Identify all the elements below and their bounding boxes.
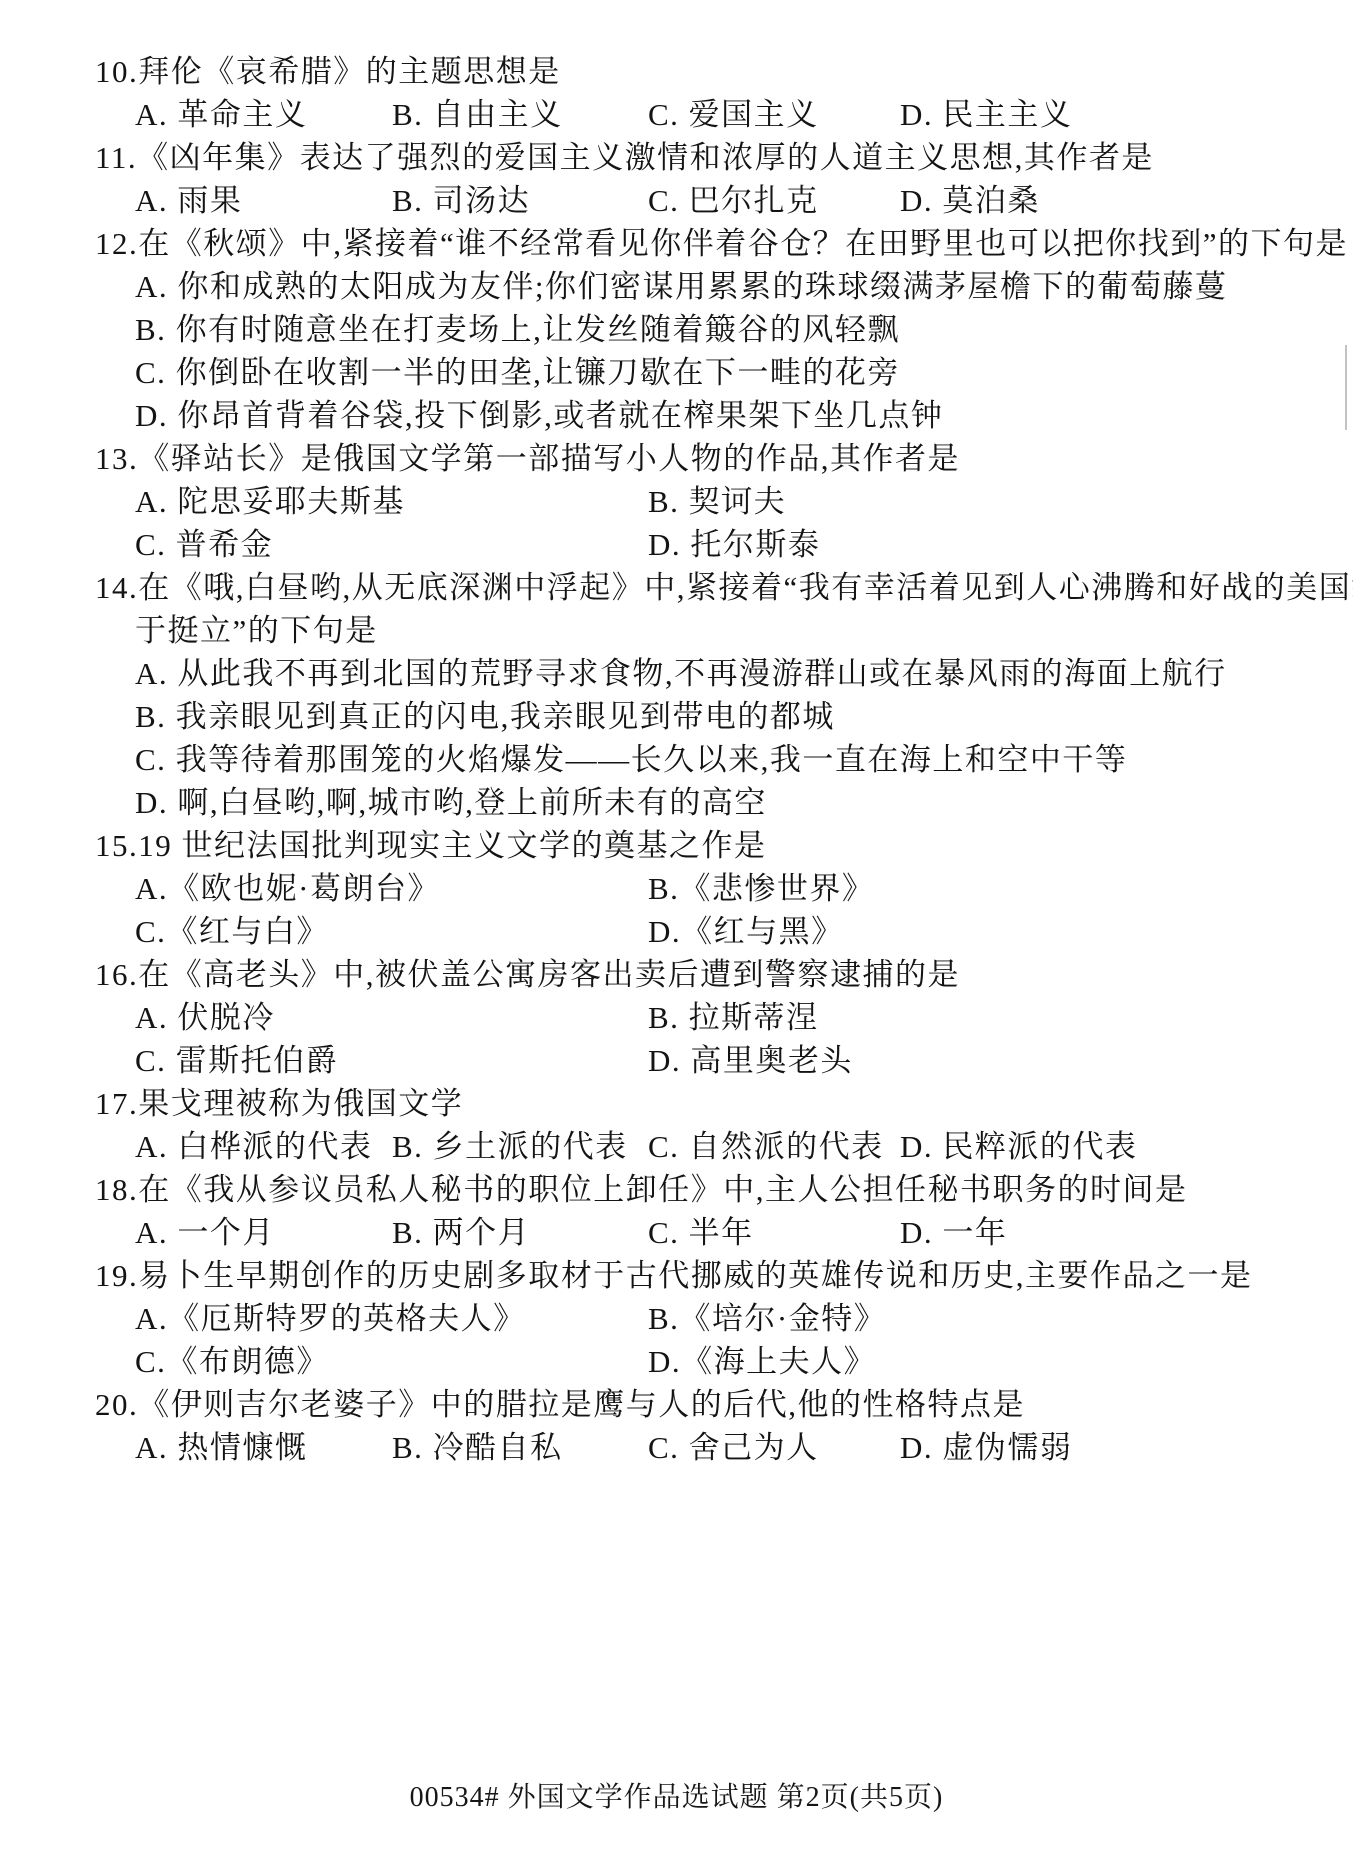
option-b: B.《培尔·金特》 xyxy=(648,1297,886,1340)
question: 20.《伊则吉尔老婆子》中的腊拉是鹰与人的后代,他的性格特点是A. 热情慷慨B.… xyxy=(95,1383,1345,1469)
option-b: B. 拉斯蒂涅 xyxy=(648,996,819,1039)
exam-page: 10.拜伦《哀希腊》的主题思想是A. 革命主义B. 自由主义C. 爱国主义D. … xyxy=(0,0,1353,1872)
question-stem-line: 15.19 世纪法国批判现实主义文学的奠基之作是 xyxy=(95,824,1345,867)
question-stem-line: 16.在《高老头》中,被伏盖公寓房客出卖后遭到警察逮捕的是 xyxy=(95,953,1345,996)
question: 10.拜伦《哀希腊》的主题思想是A. 革命主义B. 自由主义C. 爱国主义D. … xyxy=(95,50,1345,136)
options-row: C. 你倒卧在收割一半的田垄,让镰刀歇在下一畦的花旁 xyxy=(95,351,1345,394)
options-row: A. 伏脱冷B. 拉斯蒂涅 xyxy=(95,996,1345,1039)
question: 19.易卜生早期创作的历史剧多取材于古代挪威的英雄传说和历史,主要作品之一是A.… xyxy=(95,1254,1345,1383)
scan-artifact-line xyxy=(1345,345,1347,430)
option-a: A. 热情慷慨 xyxy=(135,1426,307,1469)
options-row: C. 我等待着那围笼的火焰爆发——长久以来,我一直在海上和空中干等 xyxy=(95,738,1345,781)
question-stem-line: 11.《凶年集》表达了强烈的爱国主义激情和浓厚的人道主义思想,其作者是 xyxy=(95,136,1345,179)
option-b: B.《悲惨世界》 xyxy=(648,867,874,910)
question-stem-line: 20.《伊则吉尔老婆子》中的腊拉是鹰与人的后代,他的性格特点是 xyxy=(95,1383,1345,1426)
options-row: A. 从此我不再到北国的荒野寻求食物,不再漫游群山或在暴风雨的海面上航行 xyxy=(95,652,1345,695)
option-c: C. 半年 xyxy=(648,1211,754,1254)
question: 15.19 世纪法国批判现实主义文学的奠基之作是A.《欧也妮·葛朗台》B.《悲惨… xyxy=(95,824,1345,953)
option-b: B. 司汤达 xyxy=(392,179,530,222)
option-d: D. 民粹派的代表 xyxy=(900,1125,1137,1168)
options-row: C.《红与白》D.《红与黑》 xyxy=(95,910,1345,953)
question-stem-line: 17.果戈理被称为俄国文学 xyxy=(95,1082,1345,1125)
option-a: A. 从此我不再到北国的荒野寻求食物,不再漫游群山或在暴风雨的海面上航行 xyxy=(135,652,1227,695)
option-a: A. 白桦派的代表 xyxy=(135,1125,372,1168)
options-row: D. 你昂首背着谷袋,投下倒影,或者就在榨果架下坐几点钟 xyxy=(95,394,1345,437)
option-a: A. 陀思妥耶夫斯基 xyxy=(135,480,405,523)
options-row: A.《欧也妮·葛朗台》B.《悲惨世界》 xyxy=(95,867,1345,910)
option-d: D. 民主主义 xyxy=(900,93,1072,136)
options-row: A. 一个月B. 两个月C. 半年D. 一年 xyxy=(95,1211,1345,1254)
option-a: A.《欧也妮·葛朗台》 xyxy=(135,867,440,910)
question-stem-line: 19.易卜生早期创作的历史剧多取材于古代挪威的英雄传说和历史,主要作品之一是 xyxy=(95,1254,1345,1297)
options-row: C.《布朗德》D.《海上夫人》 xyxy=(95,1340,1345,1383)
options-row: A. 热情慷慨B. 冷酷自私C. 舍己为人D. 虚伪懦弱 xyxy=(95,1426,1345,1469)
question: 13.《驿站长》是俄国文学第一部描写小人物的作品,其作者是A. 陀思妥耶夫斯基B… xyxy=(95,437,1345,566)
option-a: A. 革命主义 xyxy=(135,93,307,136)
option-c: C. 我等待着那围笼的火焰爆发——长久以来,我一直在海上和空中干等 xyxy=(135,738,1127,781)
option-c: C. 雷斯托伯爵 xyxy=(135,1039,338,1082)
question-stem-line: 12.在《秋颂》中,紧接着“谁不经常看见你伴着谷仓？在田野里也可以把你找到”的下… xyxy=(95,222,1345,265)
question: 14.在《哦,白昼哟,从无底深渊中浮起》中,紧接着“我有幸活着见到人心沸腾和好战… xyxy=(95,566,1345,824)
option-b: B. 我亲眼见到真正的闪电,我亲眼见到带电的都城 xyxy=(135,695,835,738)
question: 12.在《秋颂》中,紧接着“谁不经常看见你伴着谷仓？在田野里也可以把你找到”的下… xyxy=(95,222,1345,437)
option-b: B. 两个月 xyxy=(392,1211,530,1254)
options-row: A. 陀思妥耶夫斯基B. 契诃夫 xyxy=(95,480,1345,523)
option-d: D. 虚伪懦弱 xyxy=(900,1426,1072,1469)
option-c: C. 你倒卧在收割一半的田垄,让镰刀歇在下一畦的花旁 xyxy=(135,351,900,394)
option-a: A. 一个月 xyxy=(135,1211,275,1254)
option-a: A. 雨果 xyxy=(135,179,242,222)
option-b: B. 乡土派的代表 xyxy=(392,1125,628,1168)
option-b: B. 契诃夫 xyxy=(648,480,786,523)
option-b: B. 冷酷自私 xyxy=(392,1426,563,1469)
options-row: B. 我亲眼见到真正的闪电,我亲眼见到带电的都城 xyxy=(95,695,1345,738)
option-c: C. 普希金 xyxy=(135,523,273,566)
options-row: A. 雨果B. 司汤达C. 巴尔扎克D. 莫泊桑 xyxy=(95,179,1345,222)
question-stem-line: 13.《驿站长》是俄国文学第一部描写小人物的作品,其作者是 xyxy=(95,437,1345,480)
question-stem-line: 14.在《哦,白昼哟,从无底深渊中浮起》中,紧接着“我有幸活着见到人心沸腾和好战… xyxy=(95,566,1345,609)
question: 18.在《我从参议员私人秘书的职位上卸任》中,主人公担任秘书职务的时间是A. 一… xyxy=(95,1168,1345,1254)
option-c: C.《布朗德》 xyxy=(135,1340,329,1383)
options-row: A. 白桦派的代表B. 乡土派的代表C. 自然派的代表D. 民粹派的代表 xyxy=(95,1125,1345,1168)
question: 11.《凶年集》表达了强烈的爱国主义激情和浓厚的人道主义思想,其作者是A. 雨果… xyxy=(95,136,1345,222)
option-b: B. 你有时随意坐在打麦场上,让发丝随着簸谷的风轻飘 xyxy=(135,308,900,351)
option-c: C. 巴尔扎克 xyxy=(648,179,819,222)
option-c: C. 自然派的代表 xyxy=(648,1125,884,1168)
page-footer: 00534# 外国文学作品选试题 第2页(共5页) xyxy=(0,1780,1353,1816)
question: 16.在《高老头》中,被伏盖公寓房客出卖后遭到警察逮捕的是A. 伏脱冷B. 拉斯… xyxy=(95,953,1345,1082)
options-row: A.《厄斯特罗的英格夫人》B.《培尔·金特》 xyxy=(95,1297,1345,1340)
options-row: A. 革命主义B. 自由主义C. 爱国主义D. 民主主义 xyxy=(95,93,1345,136)
option-a: A. 伏脱冷 xyxy=(135,996,275,1039)
question-stem-line: 于挺立”的下句是 xyxy=(95,609,1345,652)
option-d: D. 一年 xyxy=(900,1211,1007,1254)
option-b: B. 自由主义 xyxy=(392,93,563,136)
options-row: C. 普希金D. 托尔斯泰 xyxy=(95,523,1345,566)
option-d: D. 莫泊桑 xyxy=(900,179,1040,222)
option-a: A. 你和成熟的太阳成为友伴;你们密谋用累累的珠球缀满茅屋檐下的葡萄藤蔓 xyxy=(135,265,1228,308)
question-stem-line: 18.在《我从参议员私人秘书的职位上卸任》中,主人公担任秘书职务的时间是 xyxy=(95,1168,1345,1211)
options-row: A. 你和成熟的太阳成为友伴;你们密谋用累累的珠球缀满茅屋檐下的葡萄藤蔓 xyxy=(95,265,1345,308)
options-row: D. 啊,白昼哟,啊,城市哟,登上前所未有的高空 xyxy=(95,781,1345,824)
question-stem-line: 10.拜伦《哀希腊》的主题思想是 xyxy=(95,50,1345,93)
option-c: C. 舍己为人 xyxy=(648,1426,819,1469)
option-c: C.《红与白》 xyxy=(135,910,329,953)
options-row: B. 你有时随意坐在打麦场上,让发丝随着簸谷的风轻飘 xyxy=(95,308,1345,351)
question: 17.果戈理被称为俄国文学A. 白桦派的代表B. 乡土派的代表C. 自然派的代表… xyxy=(95,1082,1345,1168)
questions-area: 10.拜伦《哀希腊》的主题思想是A. 革命主义B. 自由主义C. 爱国主义D. … xyxy=(95,50,1345,1469)
option-d: D. 托尔斯泰 xyxy=(648,523,820,566)
option-d: D.《海上夫人》 xyxy=(648,1340,876,1383)
option-d: D. 你昂首背着谷袋,投下倒影,或者就在榨果架下坐几点钟 xyxy=(135,394,943,437)
option-d: D.《红与黑》 xyxy=(648,910,844,953)
option-c: C. 爱国主义 xyxy=(648,93,819,136)
option-a: A.《厄斯特罗的英格夫人》 xyxy=(135,1297,526,1340)
option-d: D. 高里奥老头 xyxy=(648,1039,853,1082)
option-d: D. 啊,白昼哟,啊,城市哟,登上前所未有的高空 xyxy=(135,781,767,824)
options-row: C. 雷斯托伯爵D. 高里奥老头 xyxy=(95,1039,1345,1082)
